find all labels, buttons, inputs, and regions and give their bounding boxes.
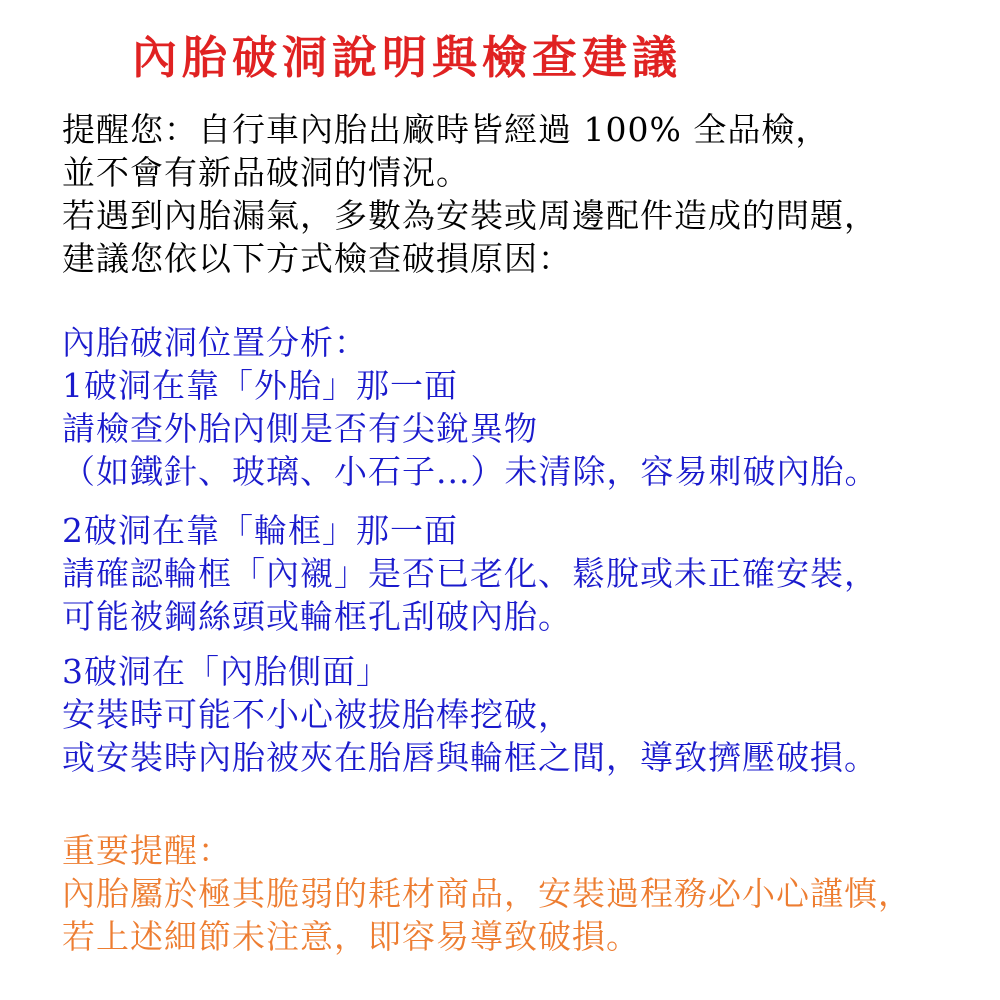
intro-line-1: 提醒您：自行車內胎出廠時皆經過 100% 全品檢， bbox=[62, 108, 1000, 151]
intro-line-4: 建議您依以下方式檢查破損原因： bbox=[62, 237, 1000, 280]
important-reminder-section: 重要提醒： 內胎屬於極其脆弱的耗材商品，安裝過程務必小心謹慎， 若上述細節未注意… bbox=[0, 829, 1000, 958]
case-puncture-facing-outer-tire: 1破洞在靠「外胎」那一面 請檢查外胎內側是否有尖銳異物 （如鐵針、玻璃、小石子.… bbox=[0, 364, 1000, 493]
case-3-title: 3破洞在「內胎側面」 bbox=[62, 650, 1000, 693]
case-1-line-3: （如鐵針、玻璃、小石子...）未清除，容易刺破內胎。 bbox=[62, 450, 1000, 493]
page-title: 內胎破洞說明與檢查建議 bbox=[132, 30, 1000, 86]
puncture-analysis-section: 內胎破洞位置分析： 1破洞在靠「外胎」那一面 請檢查外胎內側是否有尖銳異物 （如… bbox=[0, 321, 1000, 779]
case-puncture-on-tube-side: 3破洞在「內胎側面」 安裝時可能不小心被拔胎棒挖破， 或安裝時內胎被夾在胎唇與輪… bbox=[0, 650, 1000, 779]
case-2-title: 2破洞在靠「輪框」那一面 bbox=[62, 509, 1000, 552]
case-1-line-2: 請檢查外胎內側是否有尖銳異物 bbox=[62, 407, 1000, 450]
case-puncture-facing-rim: 2破洞在靠「輪框」那一面 請確認輪框「內襯」是否已老化、鬆脫或未正確安裝， 可能… bbox=[0, 509, 1000, 638]
case-2-line-3: 可能被鋼絲頭或輪框孔刮破內胎。 bbox=[62, 595, 1000, 638]
warning-line-1: 內胎屬於極其脆弱的耗材商品，安裝過程務必小心謹慎， bbox=[62, 872, 1000, 915]
intro-line-3: 若遇到內胎漏氣，多數為安裝或周邊配件造成的問題， bbox=[62, 194, 1000, 237]
case-1-title: 1破洞在靠「外胎」那一面 bbox=[62, 364, 1000, 407]
case-3-line-3: 或安裝時內胎被夾在胎唇與輪框之間，導致擠壓破損。 bbox=[62, 736, 1000, 779]
case-3-line-2: 安裝時可能不小心被拔胎棒挖破， bbox=[62, 693, 1000, 736]
intro-paragraph: 提醒您：自行車內胎出廠時皆經過 100% 全品檢， 並不會有新品破洞的情況。 若… bbox=[0, 108, 1000, 280]
warning-heading: 重要提醒： bbox=[62, 829, 1000, 872]
analysis-heading: 內胎破洞位置分析： bbox=[62, 321, 1000, 364]
document-page: 內胎破洞說明與檢查建議 提醒您：自行車內胎出廠時皆經過 100% 全品檢， 並不… bbox=[0, 0, 1000, 1000]
intro-line-2: 並不會有新品破洞的情況。 bbox=[62, 151, 1000, 194]
warning-line-2: 若上述細節未注意，即容易導致破損。 bbox=[62, 915, 1000, 958]
case-2-line-2: 請確認輪框「內襯」是否已老化、鬆脫或未正確安裝， bbox=[62, 552, 1000, 595]
